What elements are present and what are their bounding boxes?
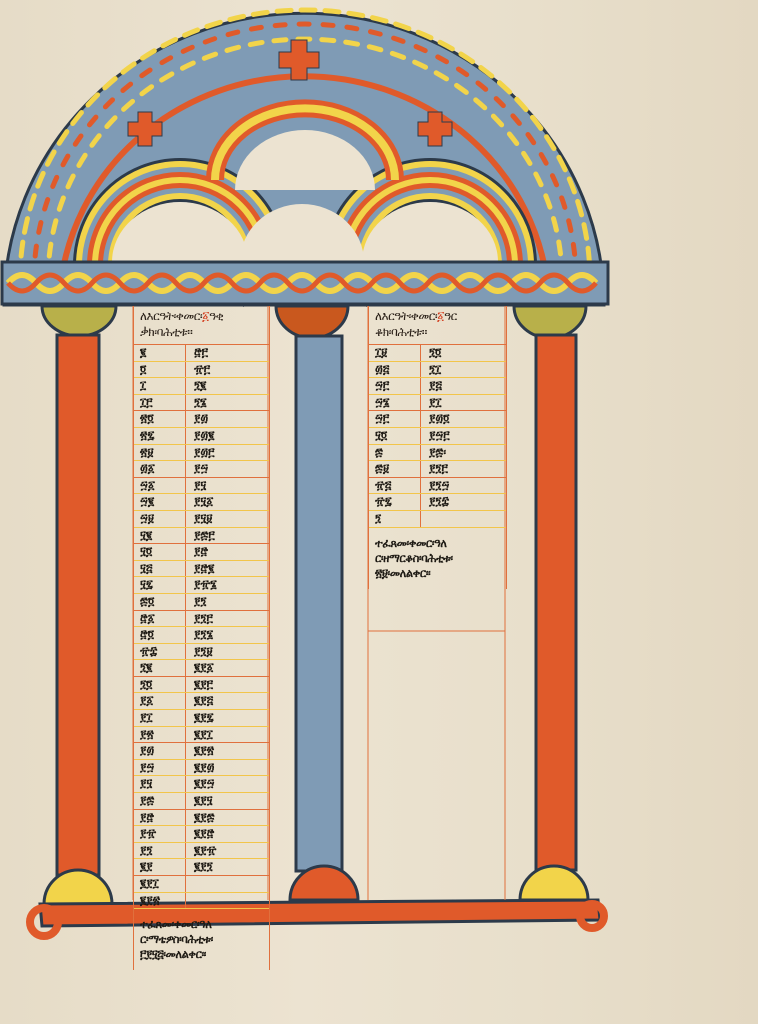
canon-number: ፪፻፯ bbox=[186, 710, 269, 726]
section-number: ፻፷ bbox=[134, 793, 186, 809]
section-number: ፻፴ bbox=[134, 743, 186, 759]
canon-number: ፻፶፩ bbox=[186, 494, 269, 510]
section-number: ፵፮ bbox=[369, 395, 421, 411]
table-row: ፻፹፪፻፸ bbox=[134, 826, 269, 843]
table-row: ፪፻፲ bbox=[134, 876, 269, 893]
section-number: ፻፺ bbox=[134, 843, 186, 859]
section-number: ፶፬ bbox=[369, 428, 421, 444]
canon-number: ፻፵፫ bbox=[421, 428, 506, 444]
section-number: ፸፬ bbox=[134, 627, 186, 643]
canon-number: ፪፻፺ bbox=[186, 859, 269, 875]
canon-number: ፻፵ bbox=[186, 461, 269, 477]
section-number: ፬ bbox=[134, 362, 186, 378]
section-number: ፷ bbox=[369, 445, 421, 461]
section-number: ፳፱ bbox=[134, 445, 186, 461]
section-number: ፷፬ bbox=[134, 594, 186, 610]
section-number: ፺ bbox=[369, 511, 421, 527]
table-row: ፸፩፻፺፫ bbox=[134, 611, 269, 628]
canon-number: ፸፫ bbox=[186, 345, 269, 361]
table-row: ፵፩፻፶ bbox=[134, 478, 269, 495]
canon-number: ፻፴፬ bbox=[421, 411, 506, 427]
section-number: ፶፯ bbox=[134, 577, 186, 593]
section-number: ፵፫ bbox=[369, 378, 421, 394]
table-row: ፳፱፻፴፫ bbox=[134, 445, 269, 462]
table-row: ፵፱፻፶፱ bbox=[134, 511, 269, 528]
section-number: ፳፯ bbox=[134, 428, 186, 444]
table-row: ፹፰፻፺፱ bbox=[134, 644, 269, 661]
table-row: ፲፫፺፮ bbox=[134, 395, 269, 412]
canon-number bbox=[186, 893, 269, 909]
section-number: ፪፻ bbox=[134, 859, 186, 875]
canon-number: ፪፻፫ bbox=[186, 677, 269, 693]
section-number: ፻፲ bbox=[134, 710, 186, 726]
table-row: ፬፹፫ bbox=[134, 362, 269, 379]
section-number: ፺፪ bbox=[134, 660, 186, 676]
left-canon-table: ለእርዓት፡ቀመር፡፩ዓቂ ቃክ፡ባሕቲቱ። ፪፸፫፬፹፫፲፺፪፲፫፺፮፳፬፻፴… bbox=[133, 306, 270, 970]
table-row: ፲፺፪ bbox=[134, 378, 269, 395]
table-row: ፵፫፻፴፬ bbox=[369, 411, 506, 428]
table-row: ፻፴፪፻፳ bbox=[134, 743, 269, 760]
center-column bbox=[296, 336, 342, 871]
table-row: ፻፳፪፻፲ bbox=[134, 727, 269, 744]
canon-number: ፻፸ bbox=[186, 544, 269, 560]
table-row: ፶፬፻፸ bbox=[134, 544, 269, 561]
table-row: ፶፬፻፵፫ bbox=[369, 428, 506, 445]
table-row: ፶፪፻፷፫ bbox=[134, 528, 269, 545]
table-row: ፴፭፺፲ bbox=[369, 362, 506, 379]
table-row: ፶፯፻፹፮ bbox=[134, 577, 269, 594]
table-row: ፻፷፪፻፶ bbox=[134, 793, 269, 810]
table-row: ፺፬፪፻፫ bbox=[134, 677, 269, 694]
canon-number: ፪፻፶ bbox=[186, 793, 269, 809]
canon-number: ፻፴፫ bbox=[186, 445, 269, 461]
section-number: ፵፩ bbox=[134, 478, 186, 494]
canon-number: ፪፻፴ bbox=[186, 760, 269, 776]
canon-number: ፪፻፩ bbox=[186, 660, 269, 676]
right-table-rows: ፲፱፺፬፴፭፺፲፵፫፻፭፵፮፻፲፵፫፻፴፬፶፬፻፵፫፷፻፷፡፷፱፻፺፫፹፭፻፺፵… bbox=[369, 345, 506, 528]
right-table-header: ለእርዓት፡ቀመር፡፩ዓር ቆክ፡ባሕቲቱ። bbox=[369, 306, 506, 345]
canon-number: ፪፻፹ bbox=[186, 843, 269, 859]
table-row: ፳፯፻፴፪ bbox=[134, 428, 269, 445]
table-row: ፺ bbox=[369, 511, 506, 528]
table-row: ፶፭፻፸፪ bbox=[134, 561, 269, 578]
table-row: ፵፮፻፲ bbox=[369, 395, 506, 412]
canon-number: ፻፸፪ bbox=[186, 561, 269, 577]
table-row: ፻፩፪፻፭ bbox=[134, 693, 269, 710]
canon-number: ፪፻፷ bbox=[186, 810, 269, 826]
section-number: ፪፻፳ bbox=[134, 893, 186, 909]
table-row: ፷፻፷፡ bbox=[369, 445, 506, 462]
right-canon-table: ለእርዓት፡ቀመር፡፩ዓር ቆክ፡ባሕቲቱ። ፲፱፺፬፴፭፺፲፵፫፻፭፵፮፻፲፵… bbox=[368, 306, 507, 589]
section-number: ፪ bbox=[134, 345, 186, 361]
section-number: ፷፱ bbox=[369, 461, 421, 477]
left-table-header: ለእርዓት፡ቀመር፡፩ዓቂ ቃክ፡ባሕቲቱ። bbox=[134, 306, 269, 345]
canon-number: ፻፷፫ bbox=[186, 528, 269, 544]
canon-number: ፻፷፡ bbox=[421, 445, 506, 461]
section-number: ፻፵ bbox=[134, 760, 186, 776]
section-number: ፲፫ bbox=[134, 395, 186, 411]
table-row: ፹፭፻፺፵ bbox=[369, 478, 506, 495]
table-row: ፪፻፳ bbox=[134, 893, 269, 910]
canon-number: ፺፮ bbox=[186, 395, 269, 411]
plinth bbox=[40, 900, 600, 926]
canon-number: ፺፬ bbox=[421, 345, 506, 361]
table-row: ፺፪፪፻፩ bbox=[134, 660, 269, 677]
section-number: ፸፩ bbox=[134, 611, 186, 627]
canon-number: ፪፻፳ bbox=[186, 743, 269, 759]
canon-number: ፺፪ bbox=[186, 378, 269, 394]
canon-number: ፻፺፫ bbox=[186, 611, 269, 627]
right-column bbox=[536, 335, 576, 870]
canon-number: ፻፺፮ bbox=[186, 627, 269, 643]
section-number: ፶፪ bbox=[134, 528, 186, 544]
table-row: ፷፬፻፺ bbox=[134, 594, 269, 611]
canon-number: ፻፶፱ bbox=[186, 511, 269, 527]
section-number: ፹፯ bbox=[369, 494, 421, 510]
canon-number: ፪፻፭ bbox=[186, 693, 269, 709]
section-number: ፻፳ bbox=[134, 727, 186, 743]
section-number: ፵፪ bbox=[134, 494, 186, 510]
section-number: ፵፫ bbox=[369, 411, 421, 427]
table-row: ፻፸፪፻፷ bbox=[134, 810, 269, 827]
table-row: ፻፶፪፻፵ bbox=[134, 776, 269, 793]
table-row: ፻፵፪፻፴ bbox=[134, 760, 269, 777]
section-number: ፹፰ bbox=[134, 644, 186, 660]
table-row: ፸፬፻፺፮ bbox=[134, 627, 269, 644]
canon-number: ፺፲ bbox=[421, 362, 506, 378]
section-number: ፳፬ bbox=[134, 411, 186, 427]
section-number: ፻፸ bbox=[134, 810, 186, 826]
section-number: ፻፶ bbox=[134, 776, 186, 792]
canon-number: ፻፺፵ bbox=[421, 478, 506, 494]
canon-number: ፪፻፸ bbox=[186, 826, 269, 842]
table-row: ፵፫፻፭ bbox=[369, 378, 506, 395]
canon-number: ፻፹፮ bbox=[186, 577, 269, 593]
canon-number: ፻፺፰ bbox=[421, 494, 506, 510]
section-number: ፹፭ bbox=[369, 478, 421, 494]
canon-number: ፻፶ bbox=[186, 478, 269, 494]
canon-number: ፪፻፲ bbox=[186, 727, 269, 743]
left-table-rows: ፪፸፫፬፹፫፲፺፪፲፫፺፮፳፬፻፴፳፯፻፴፪፳፱፻፴፫፴፩፻፵፵፩፻፶፵፪፻፶፩… bbox=[134, 345, 269, 909]
right-table-colophon: ተፈጸመ፡ቀመር፡ዓለ ር፡ዘማርቆስ፡ባሕቲቱ፡ ፳፱፡መለልቀር፡፡ bbox=[369, 528, 506, 589]
section-number: ፶፬ bbox=[134, 544, 186, 560]
section-number: ፶፭ bbox=[134, 561, 186, 577]
section-number: ፵፱ bbox=[134, 511, 186, 527]
table-row: ፹፯፻፺፰ bbox=[369, 494, 506, 511]
canon-number: ፻፺ bbox=[186, 594, 269, 610]
section-number: ፺፬ bbox=[134, 677, 186, 693]
section-number: ፪፻፲ bbox=[134, 876, 186, 892]
section-number: ፴፭ bbox=[369, 362, 421, 378]
section-number: ፴፩ bbox=[134, 461, 186, 477]
table-row: ፻፺፪፻፹ bbox=[134, 843, 269, 860]
canon-number: ፪፻፵ bbox=[186, 776, 269, 792]
canon-number: ፻፭ bbox=[421, 378, 506, 394]
section-number: ፻፩ bbox=[134, 693, 186, 709]
canon-number: ፻፲ bbox=[421, 395, 506, 411]
table-row: ፪፸፫ bbox=[134, 345, 269, 362]
section-number: ፲ bbox=[134, 378, 186, 394]
left-table-colophon: ተፈጸመ፡ቀመር፡ዓለ ር፡ማቴዎስ፡ባሕቲቱ፡ ፫፻፶፭፡መለልቀር፡፡ bbox=[134, 909, 269, 970]
canon-number: ፻፴ bbox=[186, 411, 269, 427]
section-number: ፻፹ bbox=[134, 826, 186, 842]
table-row: ፳፬፻፴ bbox=[134, 411, 269, 428]
canon-number: ፻፴፪ bbox=[186, 428, 269, 444]
table-row: ፪፻፪፻፺ bbox=[134, 859, 269, 876]
canon-number bbox=[186, 876, 269, 892]
canon-number: ፻፺፱ bbox=[186, 644, 269, 660]
left-column bbox=[57, 335, 99, 875]
canon-number bbox=[421, 511, 506, 527]
section-number: ፲፱ bbox=[369, 345, 421, 361]
canon-number: ፹፫ bbox=[186, 362, 269, 378]
table-row: ፲፱፺፬ bbox=[369, 345, 506, 362]
table-row: ፻፲፪፻፯ bbox=[134, 710, 269, 727]
table-row: ፷፱፻፺፫ bbox=[369, 461, 506, 478]
table-row: ፵፪፻፶፩ bbox=[134, 494, 269, 511]
table-row: ፴፩፻፵ bbox=[134, 461, 269, 478]
canon-number: ፻፺፫ bbox=[421, 461, 506, 477]
